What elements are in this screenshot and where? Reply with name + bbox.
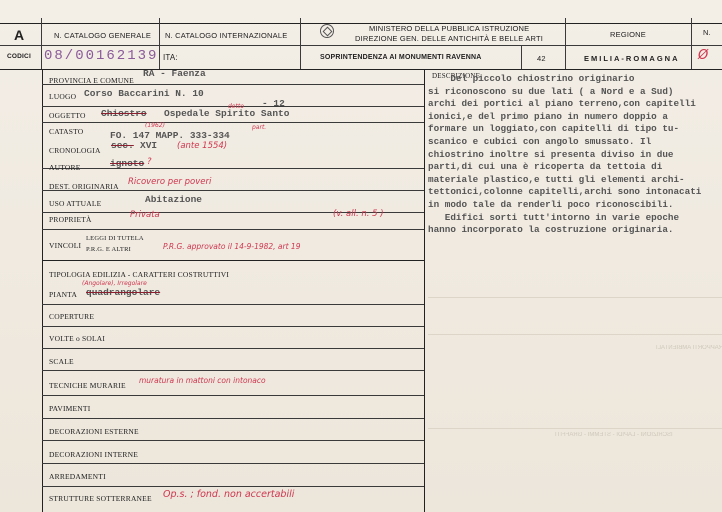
oggetto-annotation: detto bbox=[228, 103, 244, 110]
proprieta-annotation: (v. all. n. 5 ) bbox=[333, 209, 384, 219]
left-column-border bbox=[42, 69, 43, 512]
row-rule bbox=[42, 463, 424, 464]
descrizione-text: Del piccolo chiostrino originario si ric… bbox=[428, 73, 718, 237]
divider bbox=[159, 18, 160, 69]
cronologia-value: XVI bbox=[140, 140, 157, 151]
row-rule bbox=[42, 168, 424, 169]
arredamenti-label: ARREDAMENTI bbox=[49, 472, 106, 481]
divider bbox=[300, 18, 301, 69]
cronologia-annotation: (ante 1554) bbox=[177, 141, 227, 151]
proprieta-value: Privata bbox=[130, 210, 160, 220]
divider bbox=[41, 18, 42, 69]
show-through-rule bbox=[428, 297, 722, 298]
catalogo-generale-value: 08/00162139 bbox=[44, 48, 158, 64]
coperture-label: COPERTURE bbox=[49, 312, 94, 321]
row-rule bbox=[42, 486, 424, 487]
pianta-annotation: (Angolare), Irregolare bbox=[82, 280, 147, 287]
provincia-value: RA - Faenza bbox=[143, 68, 206, 79]
number-label: N. bbox=[703, 28, 711, 37]
row-rule bbox=[42, 326, 424, 327]
scale-label: SCALE bbox=[49, 357, 74, 366]
emblem-icon bbox=[320, 24, 334, 38]
catalogo-internazionale-value: ITA: bbox=[163, 53, 178, 62]
oggetto-struck: Chiostro bbox=[101, 108, 147, 119]
provincia-label: PROVINCIA E COMUNE bbox=[49, 76, 134, 85]
codici-label: CODICI bbox=[7, 53, 31, 60]
catasto-label: CATASTO bbox=[49, 127, 83, 136]
autore-label: AUTORE bbox=[49, 163, 80, 172]
catalog-card: A CODICI N. CATALOGO GENERALE 08/0016213… bbox=[0, 0, 722, 512]
row-rule bbox=[42, 122, 424, 123]
header-bottom-rule bbox=[0, 69, 722, 70]
vincoli-sub1: LEGGI DI TUTELA bbox=[86, 235, 144, 242]
row-rule bbox=[42, 260, 424, 261]
catalogo-generale-label: N. CATALOGO GENERALE bbox=[54, 31, 151, 40]
autore-struck: ignoto bbox=[110, 158, 144, 169]
header-mid-rule bbox=[0, 45, 722, 46]
show-through-rule bbox=[428, 334, 722, 335]
divider bbox=[691, 18, 692, 69]
regione-label: REGIONE bbox=[610, 30, 646, 39]
oggetto-value: Ospedale Spirito Santo bbox=[164, 108, 289, 119]
vincoli-value: P.R.G. approvato il 14-9-1982, art 19 bbox=[163, 242, 300, 251]
row-rule bbox=[42, 304, 424, 305]
dest-originaria-label: DEST. ORIGINARIA bbox=[49, 182, 119, 191]
strutture-value: Op.s. ; fond. non accertabili bbox=[163, 489, 294, 500]
cronologia-struck: sec. bbox=[111, 140, 134, 151]
vincoli-sub2: P.R.G. E ALTRI bbox=[86, 246, 131, 253]
luogo-value: Corso Baccarini N. 10 bbox=[84, 88, 204, 99]
soprintendenza-code: 42 bbox=[537, 54, 546, 63]
pavimenti-label: PAVIMENTI bbox=[49, 404, 90, 413]
ministry-line1: MINISTERO DELLA PUBBLICA ISTRUZIONE bbox=[369, 24, 529, 33]
show-through-rule bbox=[428, 428, 722, 429]
volte-label: VOLTE o SOLAI bbox=[49, 334, 105, 343]
catasto-year: (1962) bbox=[145, 122, 165, 129]
decorazioni-interne-label: DECORAZIONI INTERNE bbox=[49, 450, 138, 459]
row-rule bbox=[42, 440, 424, 441]
catalogo-internazionale-label: N. CATALOGO INTERNAZIONALE bbox=[165, 31, 287, 40]
ministry-line2: DIREZIONE GEN. DELLE ANTICHITÀ E BELLE A… bbox=[355, 34, 543, 43]
catasto-part: part. bbox=[252, 124, 266, 131]
show-through-label: RAPPORTI AMBIENTALI bbox=[656, 345, 722, 351]
autore-annotation: ? bbox=[147, 157, 152, 167]
row-rule bbox=[42, 348, 424, 349]
dest-originaria-value: Ricovero per poveri bbox=[128, 177, 211, 187]
row-rule bbox=[42, 395, 424, 396]
description-border bbox=[424, 69, 425, 512]
show-through-label: ISCRIZIONI - LAPIDI - STEMMI - GRAFFITI bbox=[555, 432, 673, 438]
uso-attuale-label: USO ATTUALE bbox=[49, 199, 101, 208]
form-letter: A bbox=[14, 27, 24, 43]
header-top-rule bbox=[0, 23, 722, 24]
vincoli-label: VINCOLI bbox=[49, 241, 81, 250]
row-rule bbox=[42, 418, 424, 419]
row-rule bbox=[42, 370, 424, 371]
number-value: Ø bbox=[698, 48, 708, 63]
strutture-label: STRUTTURE SOTTERRANEE bbox=[49, 494, 152, 503]
proprieta-label: PROPRIETÀ bbox=[49, 215, 92, 224]
row-rule bbox=[42, 229, 424, 230]
cronologia-label: CRONOLOGIA bbox=[49, 146, 101, 155]
tecniche-value: muratura in mattoni con intonaco bbox=[139, 376, 266, 385]
uso-attuale-value: Abitazione bbox=[145, 194, 202, 205]
pianta-label: PIANTA bbox=[49, 290, 77, 299]
divider bbox=[521, 45, 522, 69]
divider bbox=[565, 18, 566, 69]
soprintendenza: SOPRINTENDENZA AI MONUMENTI RAVENNA bbox=[320, 54, 482, 61]
decorazioni-esterne-label: DECORAZIONI ESTERNE bbox=[49, 427, 139, 436]
tecniche-label: TECNICHE MURARIE bbox=[49, 381, 126, 390]
pianta-struck: quadrangolare bbox=[86, 287, 160, 298]
luogo-label: LUOGO bbox=[49, 92, 76, 101]
regione-value: EMILIA-ROMAGNA bbox=[584, 54, 680, 63]
tipologia-label: TIPOLOGIA EDILIZIA - CARATTERI COSTRUTTI… bbox=[49, 270, 229, 279]
oggetto-label: OGGETTO bbox=[49, 111, 86, 120]
